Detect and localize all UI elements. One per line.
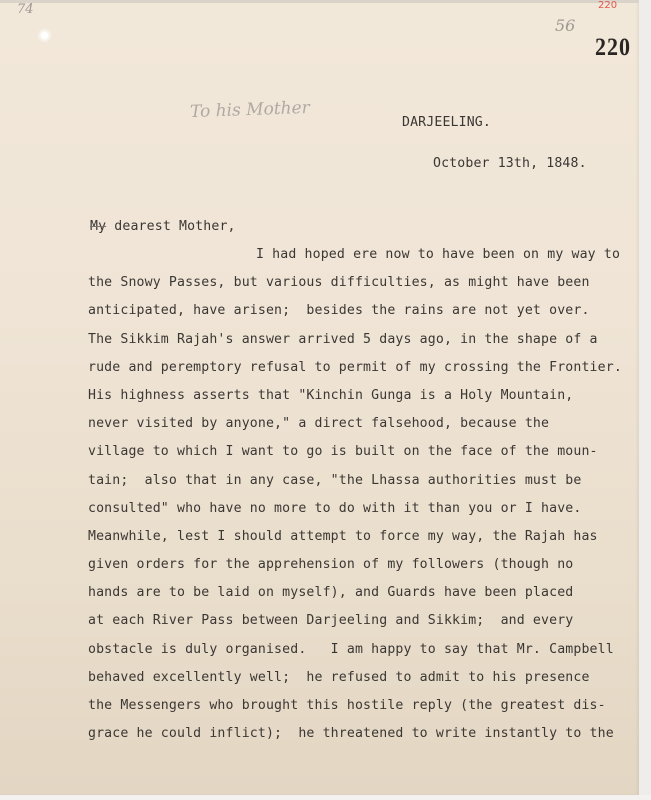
handwritten-note: To his Mother: [190, 98, 310, 122]
body-line: never visited by anyone," a direct false…: [88, 416, 622, 444]
body-line: the Snowy Passes, but various difficulti…: [88, 275, 622, 303]
body-line: hands are to be laid on myself), and Gua…: [88, 585, 622, 613]
salutation: My dearest Mother,: [90, 219, 236, 234]
body-line: anticipated, have arisen; besides the ra…: [88, 303, 622, 331]
pencil-folio-number: 56: [555, 16, 575, 35]
body-line: obstacle is duly organised. I am happy t…: [88, 642, 622, 670]
letter-body: I had hoped ere now to have been on my w…: [88, 247, 622, 754]
body-line: rude and peremptory refusal to permit of…: [88, 360, 622, 388]
letter-page: 74 56 220 220 To his Mother DARJEELING. …: [0, 0, 639, 795]
red-folio-number: 220: [598, 0, 617, 11]
body-line: the Messengers who brought this hostile …: [88, 698, 622, 726]
body-line: I had hoped ere now to have been on my w…: [88, 247, 622, 275]
body-line: consulted" who have no more to do with i…: [88, 501, 622, 529]
body-line: tain; also that in any case, "the Lhassa…: [88, 473, 622, 501]
punch-hole: [41, 32, 48, 39]
body-line: village to which I want to go is built o…: [88, 444, 622, 472]
body-line: at each River Pass between Darjeeling an…: [88, 613, 622, 641]
body-line: grace he could inflict); he threatened t…: [88, 726, 622, 754]
body-line: His highness asserts that "Kinchin Gunga…: [88, 388, 622, 416]
letter-date: October 13th, 1848.: [433, 156, 587, 171]
body-line: given orders for the apprehension of my …: [88, 557, 622, 585]
salutation-text: dearest Mother,: [106, 219, 235, 234]
body-line: The Sikkim Rajah's answer arrived 5 days…: [88, 332, 622, 360]
pencil-page-number: 74: [17, 2, 34, 17]
scan-background-right: [639, 0, 651, 800]
body-line: behaved excellently well; he refused to …: [88, 670, 622, 698]
body-line: Meanwhile, lest I should attempt to forc…: [88, 529, 622, 557]
stamped-folio-number: 220: [595, 32, 631, 62]
struck-word: My: [90, 219, 106, 234]
scan-background-bottom: [0, 795, 651, 800]
letter-place: DARJEELING.: [402, 115, 491, 130]
